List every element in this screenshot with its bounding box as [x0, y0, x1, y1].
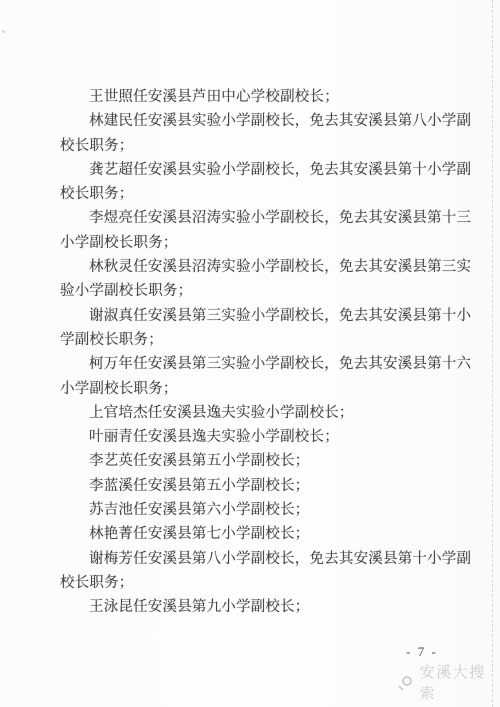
document-line: 李艺英任安溪县第五小学副校长；: [60, 449, 458, 473]
magnifier-icon: [397, 674, 413, 690]
document-line: 小学副校长职务；: [60, 231, 458, 255]
document-line: 校长职务；: [60, 134, 458, 158]
document-line: 叶丽青任安溪县逸夫实验小学副校长；: [60, 425, 458, 449]
document-line: 谢淑真任安溪县第三实验小学副校长，免去其安溪县第十小: [60, 304, 458, 328]
document-line: 龚艺超任安溪县实验小学副校长，免去其安溪县第十小学副: [60, 158, 458, 182]
page-number: - 7 -: [398, 644, 446, 660]
watermark-text: 安溪大搜索: [420, 661, 500, 703]
document-line: 王世照任安溪县芦田中心学校副校长；: [60, 85, 458, 109]
document-line: 校长职务；: [60, 182, 458, 206]
document-line: 学副校长职务；: [60, 328, 458, 352]
page-edge-line: [492, 0, 493, 707]
watermark: 安溪大搜索: [397, 672, 500, 692]
document-line: 林秋灵任安溪县沼涛实验小学副校长，免去其安溪县第三实: [60, 255, 458, 279]
document-line: 校长职务；: [60, 571, 458, 595]
document-line: 林建民任安溪县实验小学副校长，免去其安溪县第八小学副: [60, 109, 458, 133]
document-line: 李蓝溪任安溪县第五小学副校长；: [60, 474, 458, 498]
scanned-document-page: 王世照任安溪县芦田中心学校副校长； 林建民任安溪县实验小学副校长，免去其安溪县第…: [0, 0, 500, 707]
scan-speck: [2, 30, 5, 33]
document-body: 王世照任安溪县芦田中心学校副校长； 林建民任安溪县实验小学副校长，免去其安溪县第…: [60, 85, 458, 620]
document-line: 上官培杰任安溪县逸夫实验小学副校长；: [60, 401, 458, 425]
document-line: 验小学副校长职务；: [60, 279, 458, 303]
document-line: 小学副校长职务；: [60, 377, 458, 401]
document-line: 林艳菁任安溪县第七小学副校长；: [60, 522, 458, 546]
document-line: 王泳昆任安溪县第九小学副校长；: [60, 595, 458, 619]
document-line: 谢梅芳任安溪县第八小学副校长，免去其安溪县第十小学副: [60, 547, 458, 571]
document-line: 柯万年任安溪县第三实验小学副校长，免去其安溪县第十六: [60, 352, 458, 376]
document-line: 苏吉池任安溪县第六小学副校长；: [60, 498, 458, 522]
document-line: 李煜亮任安溪县沼涛实验小学副校长，免去其安溪县第十三: [60, 206, 458, 230]
